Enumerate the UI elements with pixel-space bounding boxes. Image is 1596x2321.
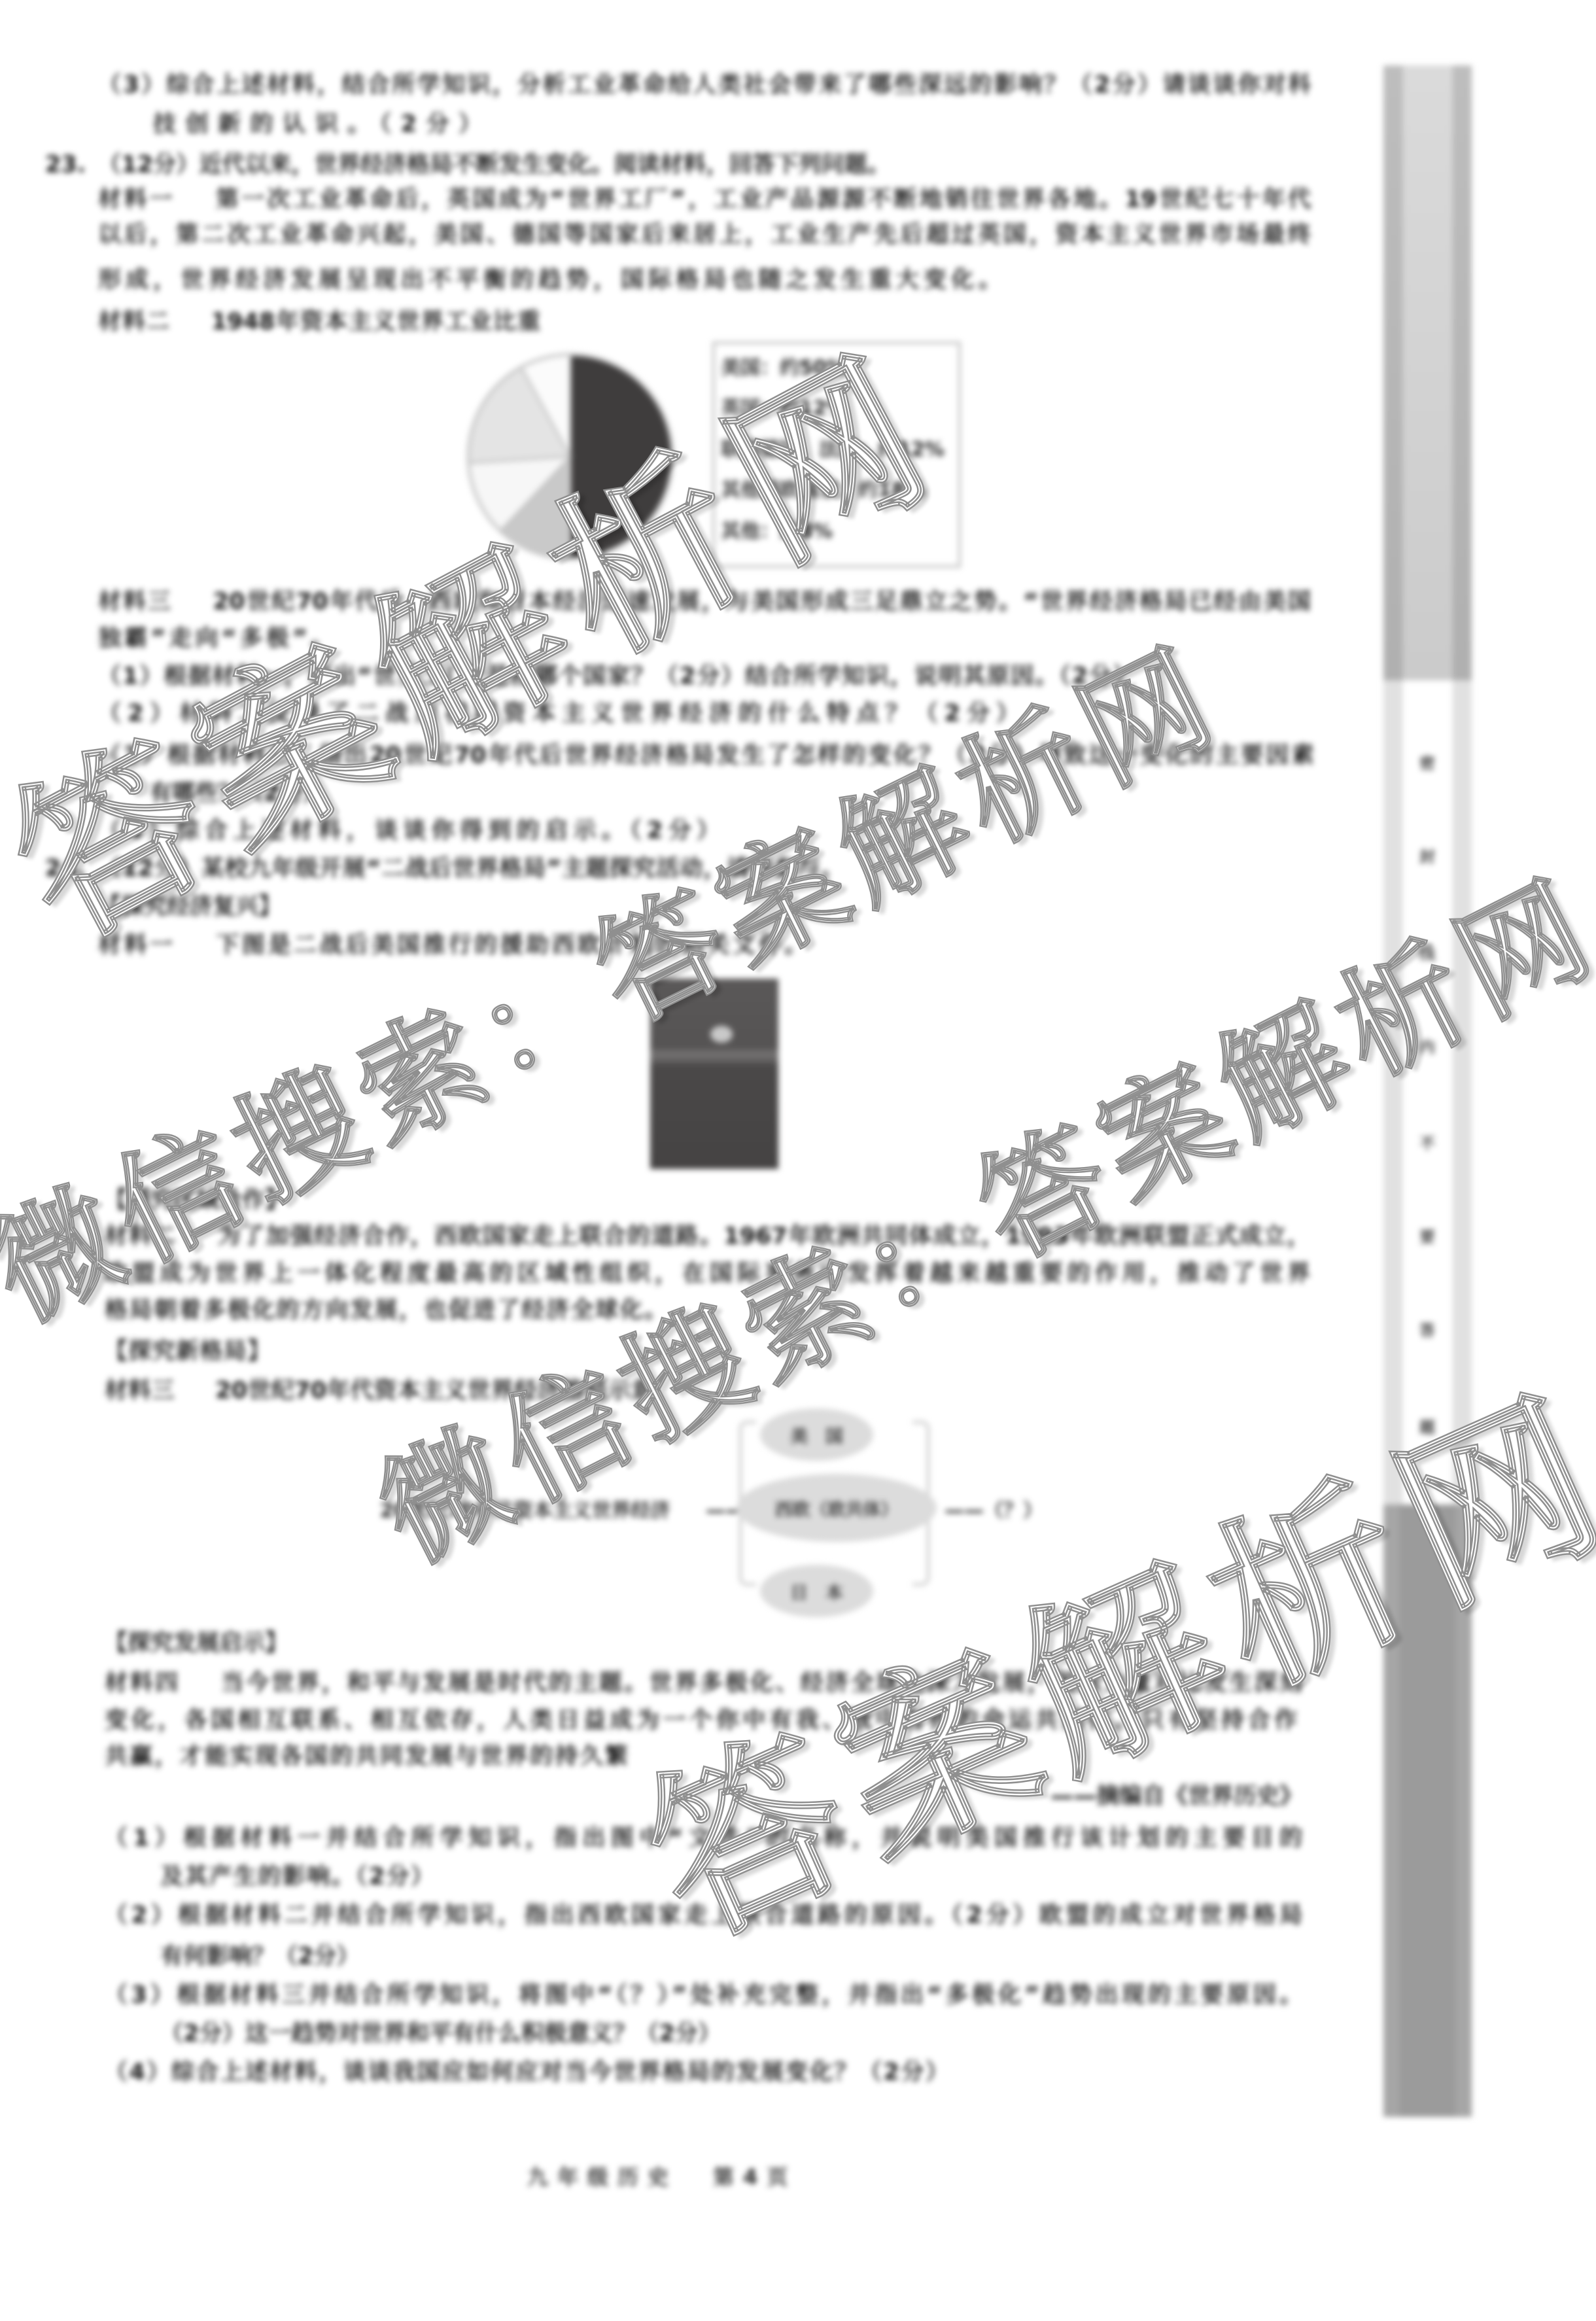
binding-strip-char: 答 [1418, 1321, 1436, 1340]
sub-question: （4）综合上述材料，谈谈我国应如何应对当今世界格局的发展变化？（2分） [105, 2059, 948, 2085]
diagram-node: 西欧（欧共体） [737, 1474, 937, 1542]
question-text-line: 技创新的认识。（2分） [153, 111, 481, 137]
section-heading: 【探究发展启示】 [105, 1630, 287, 1656]
sub-question: 有何影响？（2分） [160, 1944, 354, 1970]
material-text-line: 以后，第二次工业革命兴起，美国、德国等国家后来居上，工业生产先后超过英国，资本主… [98, 222, 1311, 248]
material-label: 材料二 [98, 309, 171, 335]
binding-strip-char: 封 [1418, 848, 1436, 866]
question-text-line: （3）综合上述材料，结合所学知识，分析工业革命给人类社会带来了哪些深远的影响？（… [98, 72, 1311, 98]
material-label: 材料三 [105, 1378, 175, 1404]
diagram-node: 美 国 [760, 1408, 873, 1461]
material-text-line: 材料一第一次工业革命后，英国成为“世界工厂”，工业产品源源不断地销往世界各地。1… [98, 186, 1311, 213]
sub-question: 及其产生的影响。（2分） [160, 1864, 434, 1890]
sub-question: （3）根据材料三并结合所学知识，将图中“（？）”处补充完整，并指出“多极化”趋势… [105, 1982, 1302, 2008]
material-label: 材料三 [98, 589, 173, 615]
binding-strip-top [1383, 65, 1472, 680]
material-text-line: 共赢，才能实现各国的共同发展与世界的持久繁荣。 [105, 1743, 628, 1770]
section-heading: 【探究新格局】 [105, 1338, 270, 1365]
material-label: 材料一 [98, 186, 175, 213]
binding-strip-char: 要 [1418, 1228, 1436, 1246]
material-text: 第一次工业革命后，英国成为“世界工厂”，工业产品源源不断地销往世界各地。19世纪… [216, 186, 1311, 213]
binding-strip-char: 不 [1418, 1134, 1436, 1153]
material-text: 为了加强经济合作，西欧国家走上联合的道路。1967年欧洲共同体成立，1993年欧… [218, 1223, 1310, 1249]
material-text-line: 形成，世界经济发展呈现出不平衡的趋势，国际格局也随之发生重大变化。 [98, 267, 1001, 293]
material-label: 材料四 [105, 1670, 181, 1696]
question-number: 23. [45, 152, 86, 178]
binding-strip-char: 密 [1418, 754, 1436, 773]
sub-question: （2分）这一趋势对世界和平有什么积极意义？（2分） [160, 2021, 721, 2047]
footer-subject: 九年级历史 [527, 2164, 678, 2190]
diagram-node: 日 本 [760, 1565, 873, 1617]
emblem-icon [710, 1026, 733, 1043]
footer-page-number: 第4页 [713, 2164, 797, 2190]
question-intro: （12分）近代以来，世界经济格局不断发生变化。阅读材料，回答下列问题。 [98, 152, 890, 178]
material-text-line: 格局朝着多极化的方向发展，也促进了经济全球化。 [105, 1297, 667, 1323]
material-text-line: 材料二1948年资本主义世界工业比重图 [98, 309, 540, 335]
diagram-result: ——（？） [945, 1498, 1043, 1524]
